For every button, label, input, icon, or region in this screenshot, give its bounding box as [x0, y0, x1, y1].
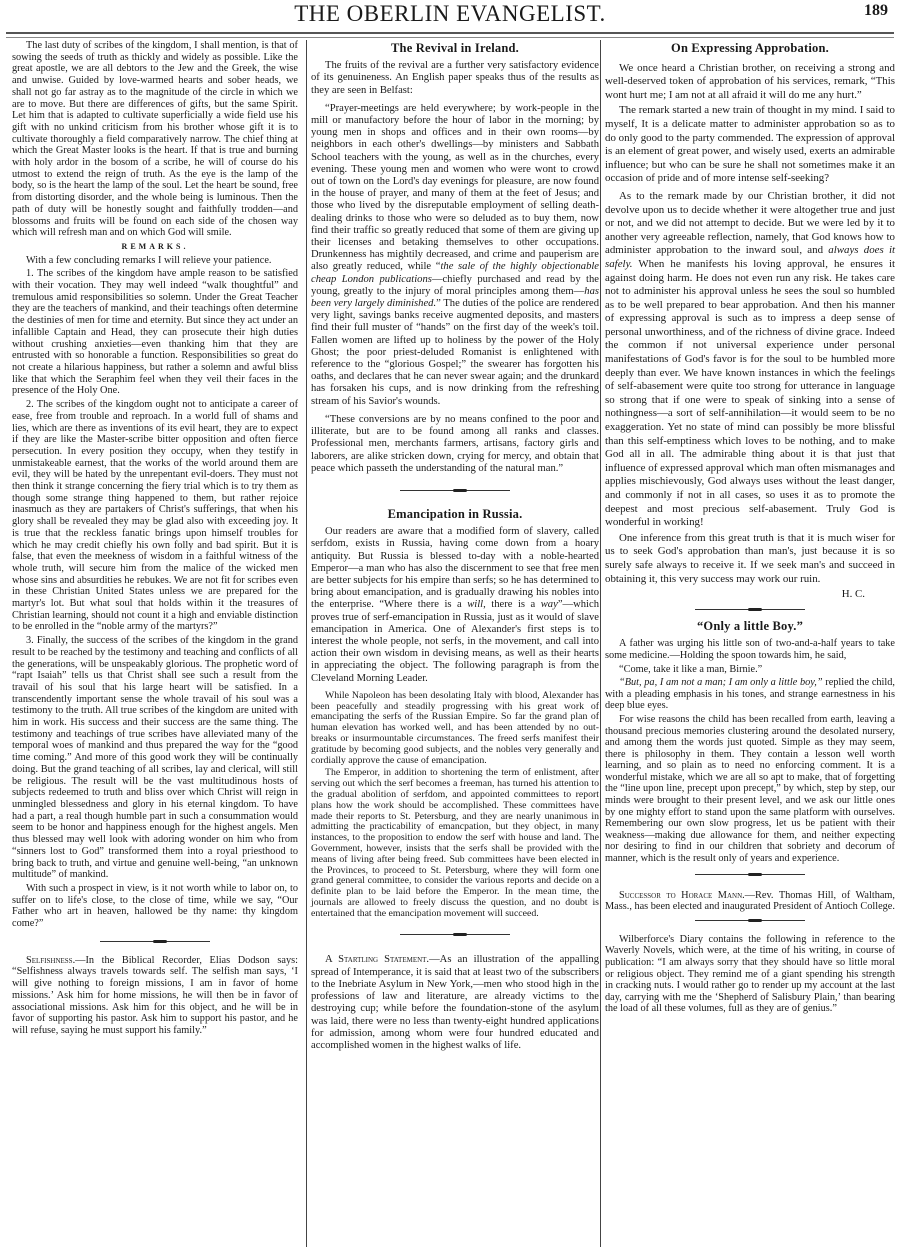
- paragraph: With a few concluding remarks I will rel…: [12, 255, 298, 267]
- paragraph: “But, pa, I am not a man; I am only a li…: [605, 677, 895, 712]
- article-on-expressing-approbation: On Expressing Approbation. We once heard…: [605, 42, 895, 602]
- body-text: —As an illustration of the appalling spr…: [311, 954, 599, 1050]
- section-divider: [695, 873, 805, 876]
- paragraph: Selfishness.—In the Biblical Recorder, E…: [12, 955, 298, 1037]
- lead-in: Successor to Horace Mann.: [619, 890, 745, 901]
- paragraph: 3. Finally, the success of the scribes o…: [12, 635, 298, 881]
- article-wilberforce-diary: Wilberforce's Diary contains the followi…: [605, 934, 895, 1015]
- paragraph: The fruits of the revival are a further …: [311, 60, 599, 97]
- lead-in: Selfishness.: [26, 955, 75, 966]
- italic-word: will: [467, 599, 483, 610]
- column-3: On Expressing Approbation. We once heard…: [600, 40, 895, 1247]
- article-emancipation-in-russia: Emancipation in Russia. Our readers are …: [311, 508, 599, 920]
- paragraph: One inference from this great truth is t…: [605, 532, 895, 586]
- article-scribes-of-the-kingdom: The last duty of scribes of the kingdom,…: [12, 40, 298, 930]
- section-divider: [695, 608, 805, 611]
- paragraph: 1. The scribes of the kingdom have ample…: [12, 268, 298, 397]
- body-text: Our readers are aware that a modified fo…: [311, 526, 599, 610]
- section-divider: [400, 489, 510, 492]
- paragraph: 2. The scribes of the kingdom ought not …: [12, 399, 298, 633]
- article-heading: Emancipation in Russia.: [311, 508, 599, 520]
- remarks-heading: REMARKS.: [12, 241, 298, 253]
- paragraph: We once heard a Christian brother, on re…: [605, 62, 895, 103]
- paragraph: With such a prospect in view, is it not …: [12, 883, 298, 930]
- paragraph: A father was urging his little son of tw…: [605, 638, 895, 661]
- author-signature: H. C.: [605, 588, 895, 602]
- article-heading: The Revival in Ireland.: [311, 42, 599, 54]
- newspaper-title: THE OBERLIN EVANGELIST.: [294, 0, 606, 28]
- section-divider: [695, 919, 805, 922]
- paragraph: A Startling Statement.—As an illustratio…: [311, 954, 599, 1052]
- quoted-paragraph: “Prayer-meetings are held everywhere; by…: [311, 103, 599, 408]
- column-1: The last duty of scribes of the kingdom,…: [12, 40, 298, 1247]
- italic-phrase: “But, pa, I am not a man; I am only a li…: [619, 677, 823, 688]
- column-2: The Revival in Ireland. The fruits of th…: [306, 40, 599, 1247]
- article-heading: On Expressing Approbation.: [605, 42, 895, 56]
- article-only-a-little-boy: “Only a little Boy.” A father was urging…: [605, 621, 895, 865]
- italic-word: way: [541, 599, 558, 610]
- body-text: ”—which proves true of serf-emancipation…: [311, 599, 599, 683]
- paragraph: Successor to Horace Mann.—Rev. Thomas Hi…: [605, 890, 895, 913]
- paragraph: Our readers are aware that a modified fo…: [311, 526, 599, 685]
- paragraph: While Napoleon has been desolating Italy…: [311, 691, 599, 767]
- section-divider: [400, 933, 510, 936]
- paragraph: For wise reasons the child has been reca…: [605, 714, 895, 865]
- paragraph: As to the remark made by our Christian b…: [605, 190, 895, 530]
- quote-text: ” The duties of the police are rendered …: [311, 298, 599, 407]
- masthead-rule: [6, 32, 894, 38]
- article-successor-to-horace-mann: Successor to Horace Mann.—Rev. Thomas Hi…: [605, 890, 895, 913]
- lead-in: A Startling Statement.: [325, 954, 429, 965]
- page-number: 189: [864, 2, 888, 20]
- masthead: THE OBERLIN EVANGELIST. 189: [0, 0, 900, 32]
- paragraph: The Emperor, in addition to shortening t…: [311, 768, 599, 919]
- article-revival-in-ireland: The Revival in Ireland. The fruits of th…: [311, 42, 599, 475]
- article-startling-statement: A Startling Statement.—As an illustratio…: [311, 954, 599, 1052]
- article-heading: “Only a little Boy.”: [605, 621, 895, 633]
- quote-text: “Prayer-meetings are held everywhere; by…: [311, 103, 599, 273]
- article-selfishness: Selfishness.—In the Biblical Recorder, E…: [12, 955, 298, 1037]
- quoted-paragraph: “These conversions are by no means confi…: [311, 414, 599, 475]
- section-divider: [100, 940, 210, 943]
- body-text: When he manifests his loving approval, h…: [605, 258, 895, 528]
- paragraph: Wilberforce's Diary contains the followi…: [605, 934, 895, 1015]
- paragraph: The remark started a new train of though…: [605, 104, 895, 186]
- body-text: , there is a: [483, 599, 541, 610]
- paragraph: The last duty of scribes of the kingdom,…: [12, 40, 298, 239]
- body-text: —In the Biblical Recorder, Elias Dodson …: [12, 955, 298, 1036]
- paragraph: “Come, take it like a man, Birnie.”: [605, 664, 895, 676]
